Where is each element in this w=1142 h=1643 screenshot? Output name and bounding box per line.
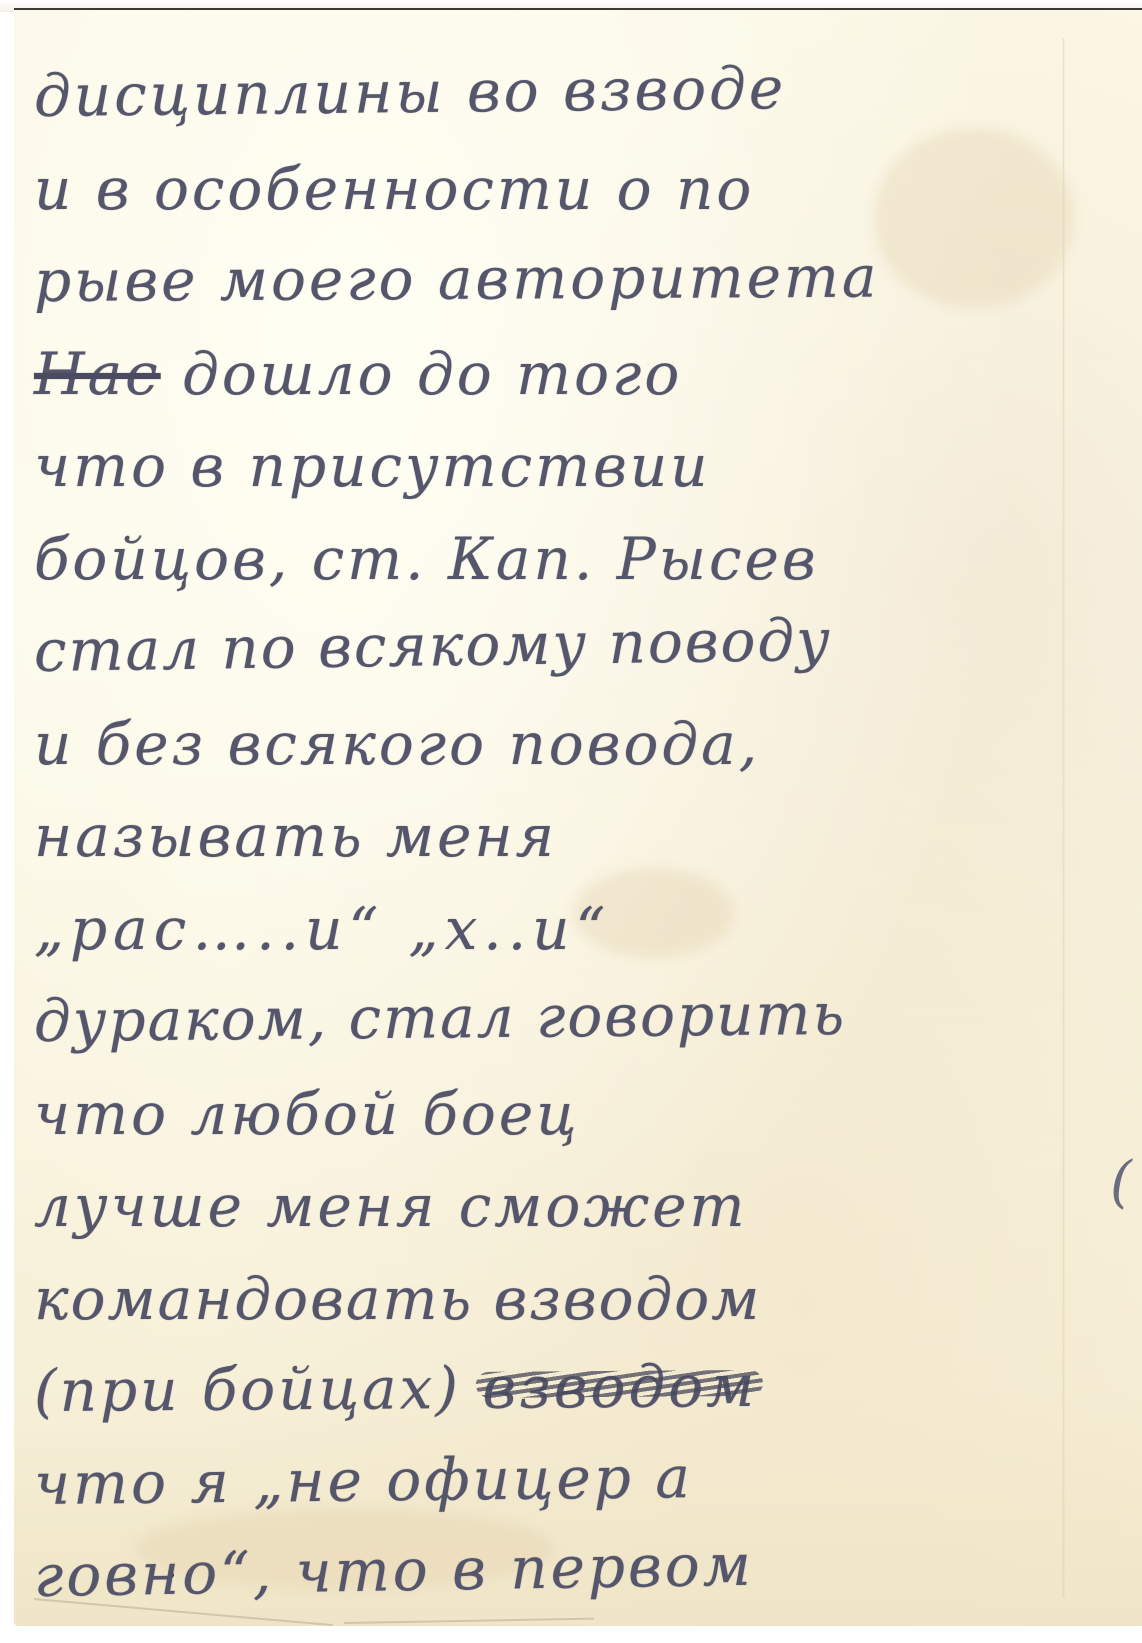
handwritten-line: командовать взводом (34, 1253, 1104, 1346)
handwritten-line: что я „не офицер а (34, 1426, 1105, 1530)
handwritten-line: рыве моего авторитета (34, 229, 1104, 327)
handwritten-line: „рас…..и“ „х..и“ (34, 883, 1104, 976)
line-text: (при бойцах) (34, 1354, 461, 1425)
handwritten-line: и в особенности о по (34, 143, 1104, 236)
line-text: командовать взводом (34, 1265, 761, 1333)
handwritten-line: бойцов, ст. Кап. Рысев (34, 513, 1104, 606)
line-text: называть меня (34, 802, 557, 870)
handwritten-line: и без всякого повода, (34, 698, 1104, 791)
handwritten-line: лучше меня сможет (34, 1160, 1104, 1253)
handwritten-line: дисциплины во взводе (34, 39, 1105, 143)
line-text: бойцов, ст. Кап. Рысев (34, 525, 819, 593)
line-text: и без всякого повода, (34, 710, 760, 778)
line-text: что любой боец (34, 1080, 580, 1148)
handwritten-line: называть меня (34, 790, 1104, 883)
struck-through-word: Нас (34, 340, 161, 408)
line-text: рыве моего авторитета (34, 243, 880, 315)
handwritten-line: дураком, стал говорить (34, 966, 1105, 1068)
handwritten-line: (при бойцах) взводом (34, 1338, 1105, 1438)
line-text: что я „не офицер а (34, 1443, 694, 1518)
scribbled-out-word: взводом (482, 1340, 757, 1434)
line-text: лучше меня сможет (34, 1172, 748, 1240)
handwritten-line: Нас дошло до того (34, 328, 1104, 421)
margin-mark: ( (1110, 1150, 1132, 1215)
handwritten-line: говно“, что в первом (33, 1513, 1104, 1622)
handwritten-line: стал по всякому поводу (33, 590, 1104, 697)
line-text: дураком, стал говорить (34, 980, 847, 1055)
line-text: что в присутствии (34, 432, 711, 500)
line-text: дошло до того (161, 340, 683, 408)
line-text: и в особенности о по (34, 155, 754, 223)
handwritten-text-block: дисциплины во взводе и в особенности о п… (34, 50, 1104, 1623)
handwritten-line: что в присутствии (34, 420, 1104, 513)
handwritten-line: что любой боец (34, 1068, 1104, 1161)
line-text: „рас…..и“ „х..и“ (34, 895, 611, 963)
line-text: стал по всякому поводу (34, 606, 833, 685)
line-text: говно“, что в первом (33, 1531, 754, 1610)
line-text: дисциплины во взводе (34, 54, 787, 130)
